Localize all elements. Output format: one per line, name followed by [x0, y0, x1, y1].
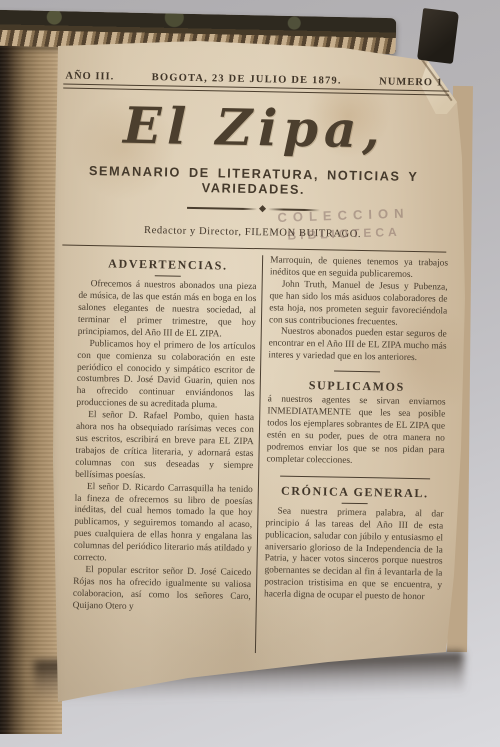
masthead-title: El Zipa, [32, 98, 477, 158]
ornament-line-left [187, 206, 257, 209]
page-content: AÑO III. BOGOTA, 23 DE JULIO DE 1879. NU… [22, 26, 479, 722]
section-heading: SUPLICAMOS [268, 377, 446, 395]
body-paragraph: Marroquin, de quienes tenemos ya trabajo… [270, 255, 448, 282]
separator-rule [280, 475, 430, 479]
diamond-icon [258, 205, 265, 212]
section-heading: CRÓNICA GENERAL. [266, 483, 444, 505]
body-paragraph: á nuestros agentes se sirvan enviarnos I… [266, 394, 445, 469]
body-paragraph: El popular escritor señor D. José Caiced… [73, 565, 252, 616]
issue-date: BOGOTA, 23 DE JULIO DE 1879. [152, 72, 342, 86]
issue-number: NUMERO 1º [379, 76, 447, 88]
ornament-line-right [268, 208, 320, 211]
photographed-book-scene: AÑO III. BOGOTA, 23 DE JULIO DE 1879. NU… [0, 0, 500, 747]
left-column: ADVERTENCIAS.Ofrecemos á nuestros abonad… [69, 250, 262, 653]
body-paragraph: El señor D. Ricardo Carrasquilla ha teni… [73, 481, 252, 568]
section-heading: ADVERTENCIAS. [79, 256, 257, 278]
right-column: Marroquin, de quienes tenemos ya trabajo… [256, 253, 448, 656]
issue-year: AÑO III. [65, 71, 114, 83]
body-paragraph: John Truth, Manuel de Jesus y Pubenza, q… [269, 279, 448, 330]
book-binding-corner [417, 8, 459, 64]
body-paragraph: El señor D. Rafael Pombo, quien hasta ah… [75, 410, 254, 485]
two-column-text-area: ADVERTENCIAS.Ofrecemos á nuestros abonad… [69, 250, 448, 657]
divider-ornament-icon [31, 202, 475, 215]
newspaper-page: AÑO III. BOGOTA, 23 DE JULIO DE 1879. NU… [28, 30, 472, 718]
book-left-page-stack [0, 28, 62, 734]
director-line: Redactor y Director, FILEMON BUITRAGO. [31, 223, 475, 242]
body-paragraph: Ofrecemos á nuestros abonados una pieza … [78, 279, 257, 342]
body-paragraph: Publicamos hoy el primero de los artícul… [76, 339, 255, 414]
separator-rule [334, 371, 380, 373]
subtitle: SEMANARIO DE LITERATURA, NOTICIAS Y VARI… [36, 162, 472, 200]
body-paragraph: Nuestros abonados pueden estar seguros d… [268, 327, 447, 366]
body-paragraph: Sea nuestra primera palabra, al dar prin… [264, 506, 444, 604]
